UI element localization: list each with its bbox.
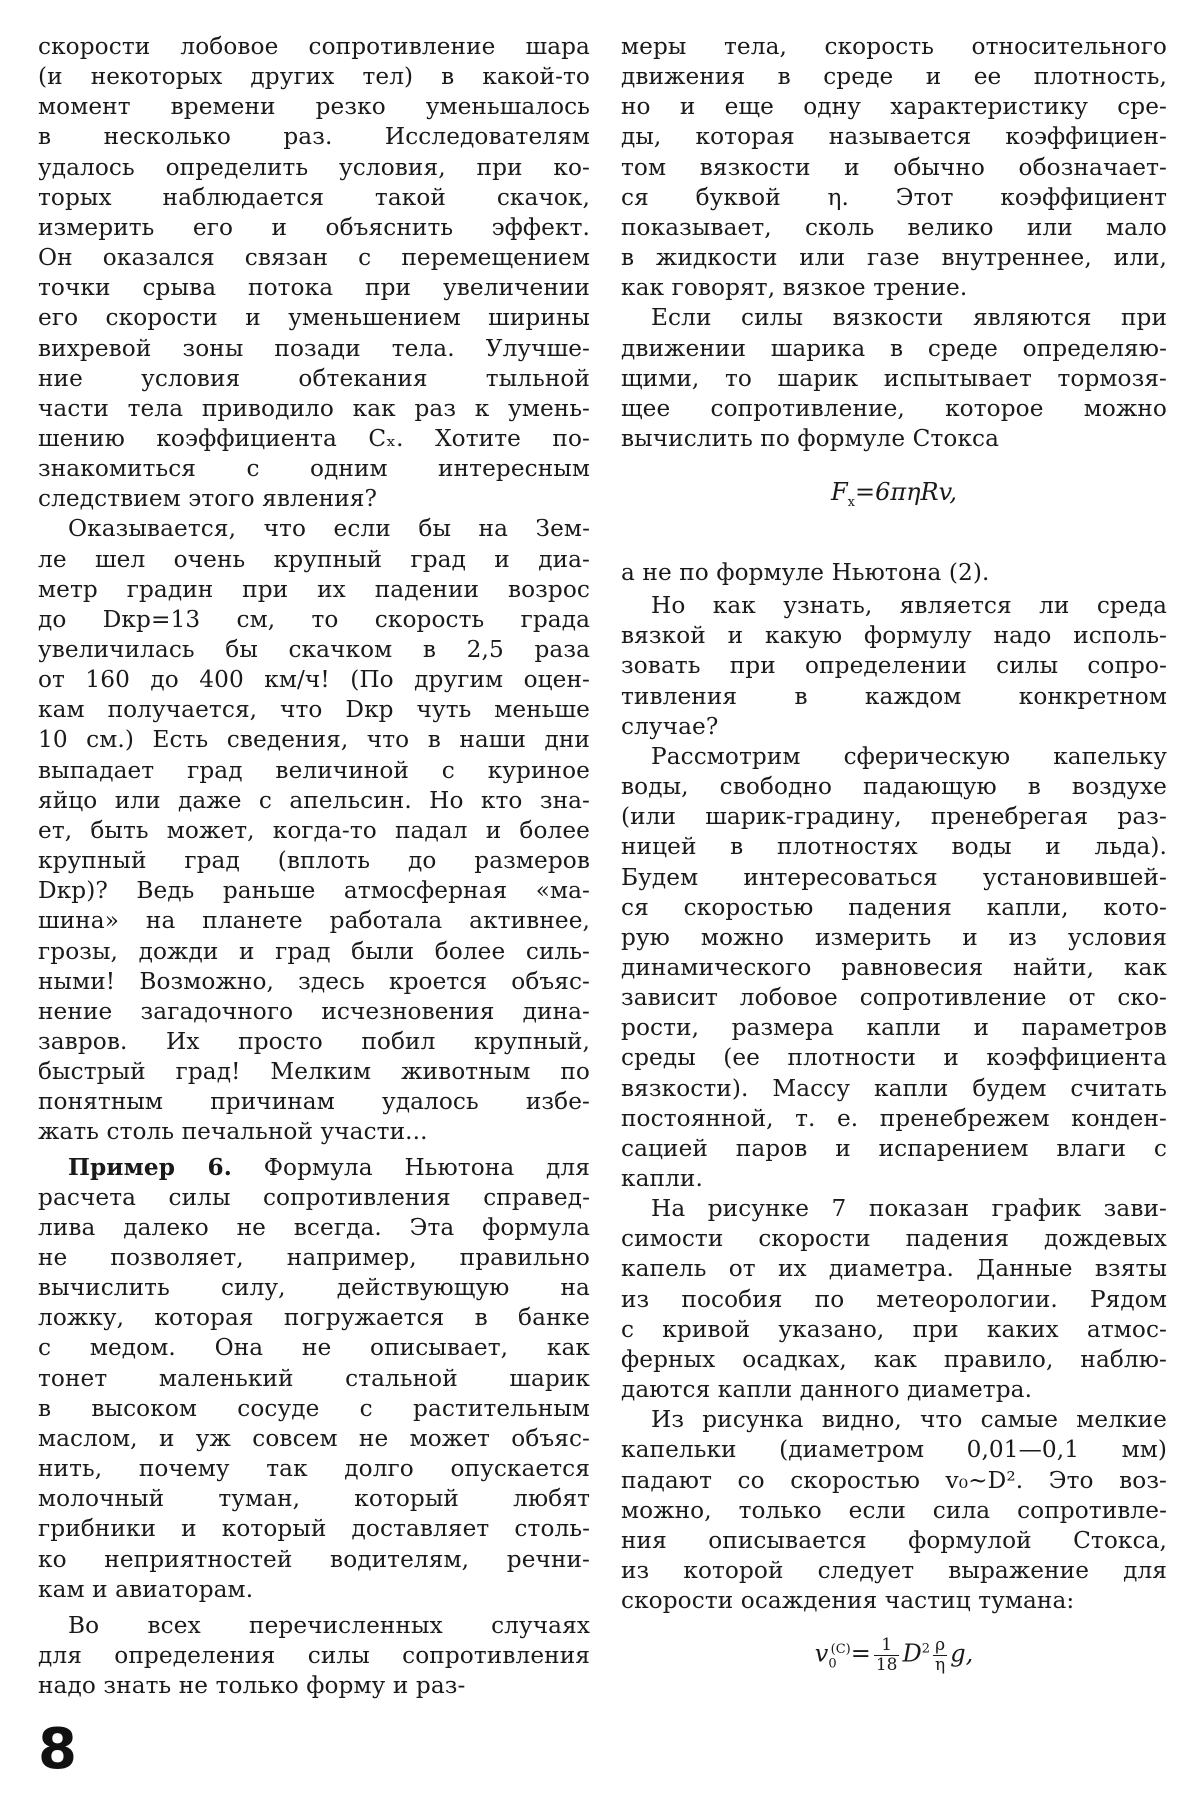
text-line: рости, размера капли и параметров xyxy=(621,1013,1167,1043)
text-line: капель от их диаметра. Данные взяты xyxy=(621,1254,1167,1284)
formula-v: v xyxy=(815,1640,829,1668)
text-line: из которой следует выражение для xyxy=(621,1556,1167,1586)
text-line: лива далеко не всегда. Эта формула xyxy=(38,1213,590,1243)
text-line: ко неприятностей водителям, речни- xyxy=(38,1545,590,1575)
text-line: нение загадочного исчезновения дина- xyxy=(38,997,590,1027)
text-line: том вязкости и обычно обозначает- xyxy=(621,153,1167,183)
text-line: точки срыва потока при увеличении xyxy=(38,273,590,303)
text-line: (или шарик-градину, пренебрегая раз- xyxy=(621,802,1167,832)
formula-eq: = xyxy=(851,1640,871,1668)
text-line: зовать при определении силы сопро- xyxy=(621,651,1167,681)
text-line: сацией паров и испарением влаги с xyxy=(621,1134,1167,1164)
text-line: движения в среде и ее плотность, xyxy=(621,62,1167,92)
text-line: Из рисунка видно, что самые мелкие xyxy=(621,1405,1167,1435)
text-line: показывает, сколь велико или мало xyxy=(621,213,1167,243)
text-line: в высоком сосуде с растительным xyxy=(38,1394,590,1424)
page-number: 8 xyxy=(38,1722,77,1778)
text-line: ды, которая называется коэффициен- xyxy=(621,122,1167,152)
formula-d-sup: 2 xyxy=(922,1642,930,1657)
text-line: меры тела, скорость относительного xyxy=(621,32,1167,62)
text-line: падают со скоростью v₀~D². Это воз- xyxy=(621,1466,1167,1496)
text-line: удалось определить условия, при ко- xyxy=(38,153,590,183)
text-line: 10 см.) Есть сведения, что в наши дни xyxy=(38,725,590,755)
text-line: щее сопротивление, которое можно xyxy=(621,394,1167,424)
text-line: части тела приводило как раз к умень- xyxy=(38,394,590,424)
text-line: Пример 6. Формула Ньютона для xyxy=(38,1153,590,1183)
text-line: вычислить силу, действующую на xyxy=(38,1273,590,1303)
formula-lhs-subscript: x xyxy=(848,495,855,510)
text-line: а не по формуле Ньютона (2). xyxy=(621,558,1167,588)
text-line: как говорят, вязкое трение. xyxy=(621,273,1167,303)
text-line: капельки (диаметром 0,01—0,1 мм) xyxy=(621,1435,1167,1465)
text-line: грибники и который доставляет столь- xyxy=(38,1514,590,1544)
text-line: понятным причинам удалось избе- xyxy=(38,1087,590,1117)
fraction-one-eighteenth: 118 xyxy=(874,1636,900,1674)
text-line: шина» на планете работала активнее, xyxy=(38,906,590,936)
stokes-formula: Fx=6πηRv, xyxy=(621,478,1167,510)
text-line: шению коэффициента Cₓ. Хотите по- xyxy=(38,424,590,454)
text-line: молочный туман, который любят xyxy=(38,1484,590,1514)
text-line: тонет маленький стальной шарик xyxy=(38,1364,590,1394)
text-line: от 160 до 400 км/ч! (По другим оцен- xyxy=(38,665,590,695)
text-line: для определения силы сопротивления xyxy=(38,1641,590,1671)
text-line: Оказывается, что если бы на Зем- xyxy=(38,514,590,544)
fog-settling-formula: v0(C)=118D2ρηg, xyxy=(621,1636,1167,1674)
fraction-denominator: 18 xyxy=(874,1656,900,1675)
text-line: ния описывается формулой Стокса, xyxy=(621,1526,1167,1556)
formula-v-sub: 0 xyxy=(828,1656,836,1671)
text-line: завров. Их просто побил крупный, xyxy=(38,1027,590,1057)
text-line: вязкости). Массу капли будем считать xyxy=(621,1074,1167,1104)
example-label: Пример 6. xyxy=(68,1154,232,1181)
text-line: расчета силы сопротивления справед- xyxy=(38,1183,590,1213)
text-line: знакомиться с одним интересным xyxy=(38,454,590,484)
text-line: в жидкости или газе внутреннее, или, xyxy=(621,243,1167,273)
text-line: с медом. Она не описывает, как xyxy=(38,1333,590,1363)
fraction-numerator: 1 xyxy=(874,1636,900,1656)
text-line: скорости осаждения частиц тумана: xyxy=(621,1586,1167,1616)
text-line: щими, то шарик испытывает тормозя- xyxy=(621,364,1167,394)
fraction-rho-eta: ρη xyxy=(933,1636,947,1674)
text-line: крупный град (вплоть до размеров xyxy=(38,846,590,876)
text-line: тивления в каждом конкретном xyxy=(621,682,1167,712)
text-line: Он оказался связан с перемещением xyxy=(38,243,590,273)
text-line: маслом, и уж совсем не может объяс- xyxy=(38,1424,590,1454)
text-line: до Dкр=13 см, то скорость града xyxy=(38,605,590,635)
text-line: быстрый град! Мелким животным по xyxy=(38,1057,590,1087)
text-line: надо знать не только форму и раз- xyxy=(38,1671,590,1701)
text-line: торых наблюдается такой скачок, xyxy=(38,183,590,213)
text-line: ложку, которая погружается в банке xyxy=(38,1303,590,1333)
formula-lhs: F xyxy=(831,478,848,506)
text-line: жать столь печальной участи... xyxy=(38,1117,590,1147)
text-line: скорости лобовое сопротивление шара xyxy=(38,32,590,62)
text-line: зависит лобовое сопротивление от ско- xyxy=(621,983,1167,1013)
text-line: Рассмотрим сферическую капельку xyxy=(621,742,1167,772)
text-line: но и еще одну характеристику сре- xyxy=(621,92,1167,122)
text-line: ет, быть может, когда-то падал и более xyxy=(38,816,590,846)
text-line: вычислить по формуле Стокса xyxy=(621,424,1167,454)
text-line: следствием этого явления? xyxy=(38,484,590,514)
fraction-rho: ρ xyxy=(933,1636,947,1656)
text-line: из пособия по метеорологии. Рядом xyxy=(621,1285,1167,1315)
text-line: в несколько раз. Исследователям xyxy=(38,122,590,152)
text-line: момент времени резко уменьшалось xyxy=(38,92,590,122)
text-line: с кривой указано, при каких атмос- xyxy=(621,1315,1167,1345)
text-line: ся буквой η. Этот коэффициент xyxy=(621,183,1167,213)
formula-d: D xyxy=(902,1640,921,1668)
text-line: кам получается, что Dкр чуть меньше xyxy=(38,695,590,725)
text-line: измерить его и объяснить эффект. xyxy=(38,213,590,243)
text-line: постоянной, т. е. пренебрежем конден- xyxy=(621,1104,1167,1134)
text-line: ферных осадках, как правило, наблю- xyxy=(621,1345,1167,1375)
text-line: увеличилась бы скачком в 2,5 раза xyxy=(38,635,590,665)
text-line: Будем интересоваться установившей- xyxy=(621,863,1167,893)
text-line: его скорости и уменьшением ширины xyxy=(38,303,590,333)
formula-g: g, xyxy=(950,1640,973,1668)
text-line: нить, почему так долго опускается xyxy=(38,1454,590,1484)
text-line: капли. xyxy=(621,1164,1167,1194)
text-line: вихревой зоны позади тела. Улучше- xyxy=(38,334,590,364)
text-line: рую можно измерить и из условия xyxy=(621,923,1167,953)
text-line: кам и авиаторам. xyxy=(38,1575,590,1605)
text-line-content: Формула Ньютона для xyxy=(264,1154,590,1181)
text-line: Если силы вязкости являются при xyxy=(621,303,1167,333)
text-line: грозы, дожди и град были более силь- xyxy=(38,937,590,967)
text-line: динамического равновесия найти, как xyxy=(621,953,1167,983)
text-line: среды (ее плотности и коэффициента xyxy=(621,1043,1167,1073)
text-line: вязкой и какую формулу надо исполь- xyxy=(621,621,1167,651)
text-line: ние условия обтекания тыльной xyxy=(38,364,590,394)
text-line: На рисунке 7 показан график зави- xyxy=(621,1194,1167,1224)
formula-v-sup: (C) xyxy=(831,1642,851,1657)
text-line: ся скоростью падения капли, кото- xyxy=(621,893,1167,923)
text-line: Но как узнать, является ли среда xyxy=(621,591,1167,621)
text-line: воды, свободно падающую в воздухе xyxy=(621,772,1167,802)
text-line: не позволяет, например, правильно xyxy=(38,1243,590,1273)
text-line: случае? xyxy=(621,712,1167,742)
fraction-eta: η xyxy=(933,1656,947,1675)
text-line: Dкр)? Ведь раньше атмосферная «ма- xyxy=(38,876,590,906)
text-line: ными! Возможно, здесь кроется объяс- xyxy=(38,967,590,997)
text-line: выпадает град величиной с куриное xyxy=(38,756,590,786)
text-line: яйцо или даже с апельсин. Но кто зна- xyxy=(38,786,590,816)
text-line: (и некоторых других тел) в какой-то xyxy=(38,62,590,92)
text-line: даются капли данного диаметра. xyxy=(621,1375,1167,1405)
text-line: симости скорости падения дождевых xyxy=(621,1224,1167,1254)
text-line: ницей в плотностях воды и льда). xyxy=(621,832,1167,862)
text-line: движении шарика в среде определяю- xyxy=(621,334,1167,364)
text-line: ле шел очень крупный град и диа- xyxy=(38,545,590,575)
text-line: метр градин при их падении возрос xyxy=(38,575,590,605)
formula-rhs: =6πηRv, xyxy=(855,478,957,506)
text-line: Во всех перечисленных случаях xyxy=(38,1611,590,1641)
text-line: можно, только если сила сопротивле- xyxy=(621,1496,1167,1526)
